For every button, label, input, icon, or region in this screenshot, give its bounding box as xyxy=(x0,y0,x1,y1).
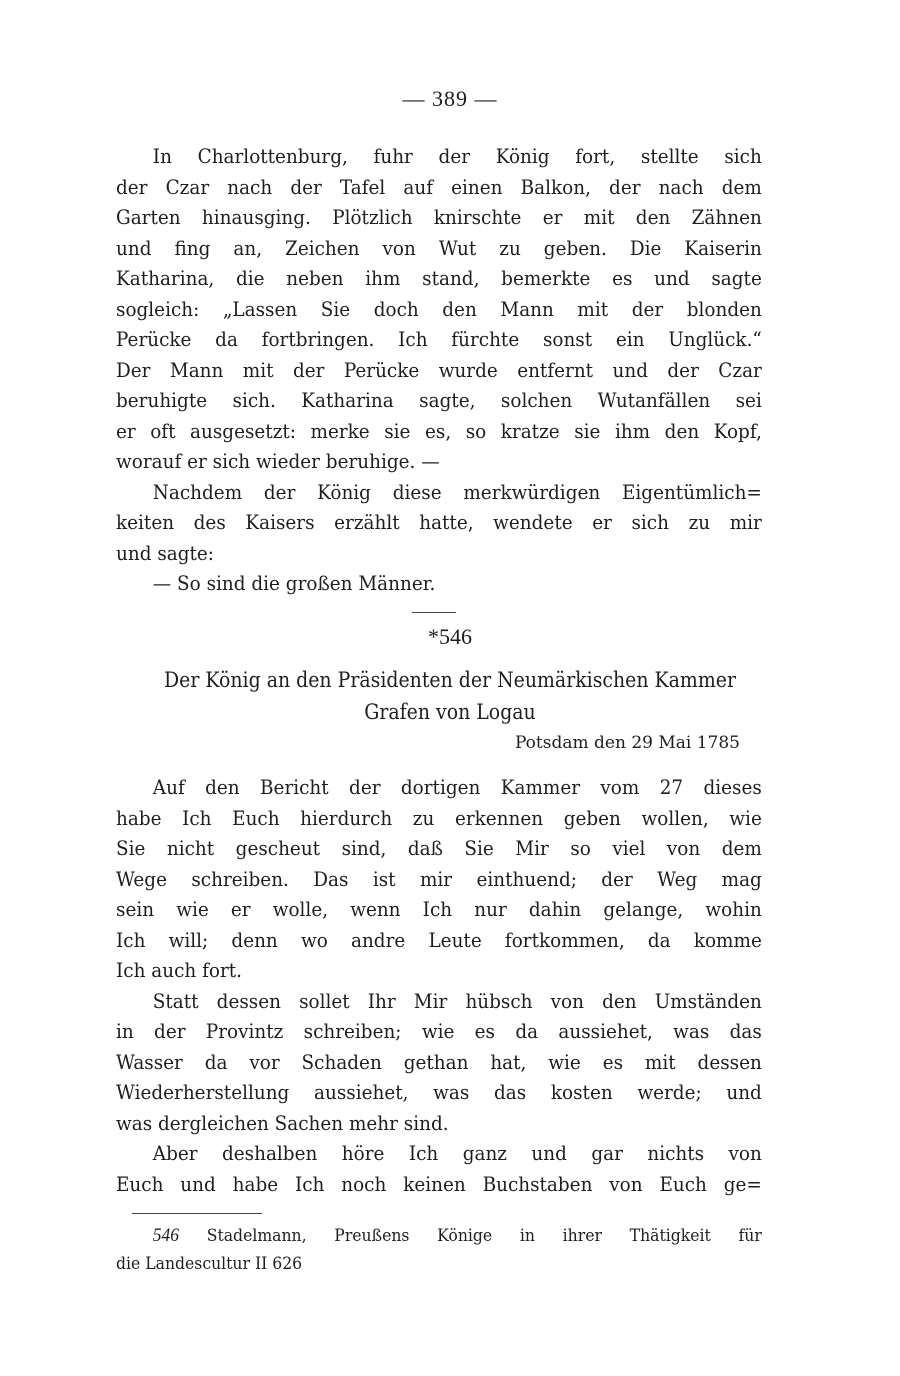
text-line: der Czar nach der Tafel auf einen Balkon… xyxy=(116,172,762,203)
text-line: Statt dessen sollet Ihr Mir hübsch von d… xyxy=(116,986,762,1017)
text-line: Wege schreiben. Das ist mir einthuend; d… xyxy=(116,864,762,895)
text-line: sogleich: „Lassen Sie doch den Mann mit … xyxy=(116,294,762,325)
footnote-rule xyxy=(132,1213,262,1214)
text-line: und sagte: xyxy=(116,538,762,569)
section-1-text: In Charlottenburg, fuhr der König fort, … xyxy=(116,141,762,599)
text-line: Katharina, die neben ihm stand, bemerkte… xyxy=(116,263,762,294)
letter-title-2: Grafen von Logau xyxy=(45,700,855,724)
text-line: Perücke da fortbringen. Ich fürchte sons… xyxy=(116,324,762,355)
footnote-number: 546 xyxy=(153,1225,179,1246)
text-line: Aber deshalben höre Ich ganz und gar nic… xyxy=(116,1138,762,1169)
text-line: Garten hinausging. Plötzlich knirschte e… xyxy=(116,202,762,233)
text-line: Wasser da vor Schaden gethan hat, wie es… xyxy=(116,1047,762,1078)
dateline: Potsdam den 29 Mai 1785 xyxy=(515,733,740,753)
page-number: — 389 — xyxy=(0,86,900,112)
text-line: in der Provintz schreiben; wie es da aus… xyxy=(116,1016,762,1047)
text-line: habe Ich Euch hierdurch zu erkennen gebe… xyxy=(116,803,762,834)
text-line: was dergleichen Sachen mehr sind. xyxy=(116,1108,762,1139)
text-line: und fing an, Zeichen von Wut zu geben. D… xyxy=(116,233,762,264)
letter-title: Der König an den Präsidenten der Neumärk… xyxy=(45,668,855,692)
text-line: keiten des Kaisers erzählt hatte, wendet… xyxy=(116,507,762,538)
text-line: — So sind die großen Männer. xyxy=(116,568,762,599)
text-line: Wiederherstellung aussiehet, was das kos… xyxy=(116,1077,762,1108)
text-line: Ich auch fort. xyxy=(116,955,762,986)
text-line: worauf er sich wieder beruhige. — xyxy=(116,446,762,477)
text-line: beruhigte sich. Katharina sagte, solchen… xyxy=(116,385,762,416)
footnote-line: die Landescultur II 626 xyxy=(116,1250,762,1278)
footnote-text: Stadelmann, Preußens Könige in ihrer Thä… xyxy=(207,1226,762,1246)
text-line: Ich will; denn wo andre Leute fortkommen… xyxy=(116,925,762,956)
text-line: sein wie er wolle, wenn Ich nur dahin ge… xyxy=(116,894,762,925)
text-line: Der Mann mit der Perücke wurde entfernt … xyxy=(116,355,762,386)
footnote: 546 Stadelmann, Preußens Könige in ihrer… xyxy=(116,1222,762,1278)
text-line: Nachdem der König diese merkwürdigen Eig… xyxy=(116,477,762,508)
text-line: er oft ausgesetzt: merke sie es, so krat… xyxy=(116,416,762,447)
letter-number: *546 xyxy=(0,624,900,650)
text-line: Euch und habe Ich noch keinen Buchstaben… xyxy=(116,1169,762,1200)
text-line: In Charlottenburg, fuhr der König fort, … xyxy=(116,141,762,172)
footnote-line: 546 Stadelmann, Preußens Könige in ihrer… xyxy=(116,1222,762,1250)
text-line: Sie nicht gescheut sind, daß Sie Mir so … xyxy=(116,833,762,864)
letter-body: Auf den Bericht der dortigen Kammer vom … xyxy=(116,772,762,1199)
section-divider xyxy=(412,612,456,613)
text-line: Auf den Bericht der dortigen Kammer vom … xyxy=(116,772,762,803)
